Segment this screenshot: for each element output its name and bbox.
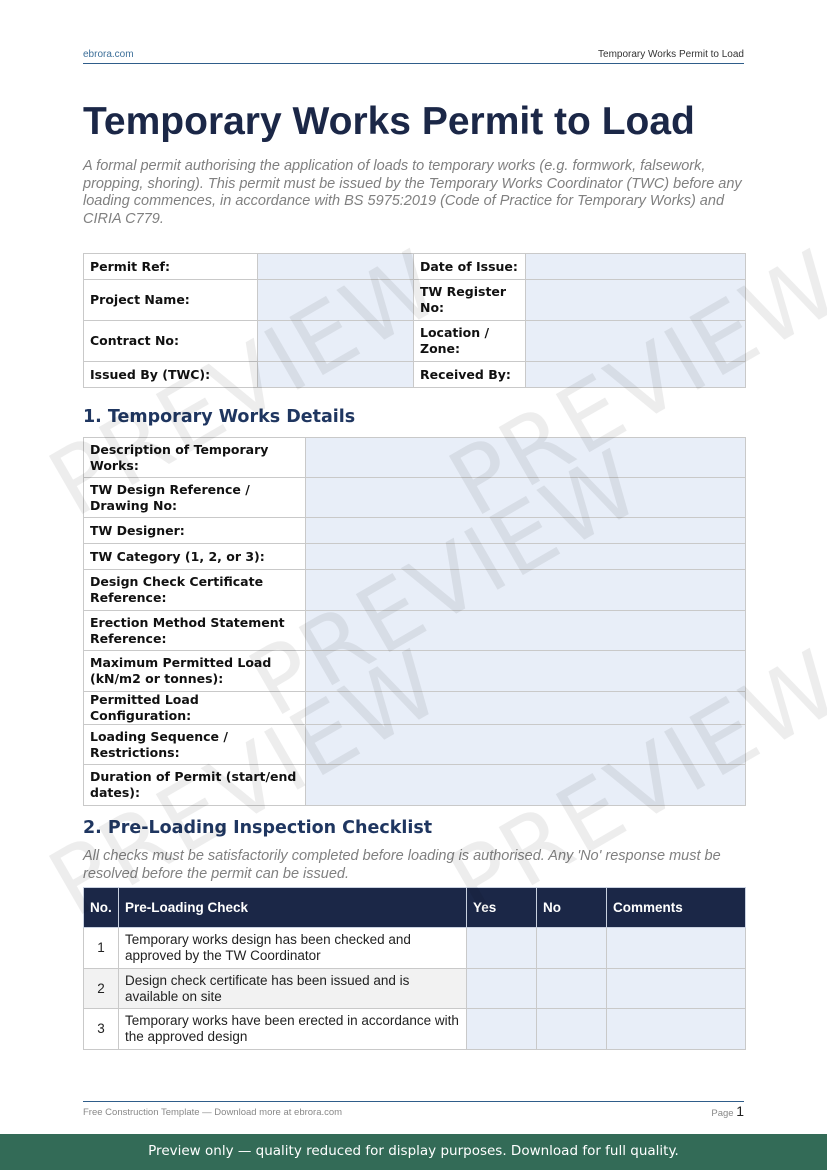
page-indicator: Page 1 bbox=[711, 1103, 744, 1119]
details-row: Maximum Permitted Load (kN/m2 or tonnes)… bbox=[84, 651, 746, 692]
details-label: Permitted Load Configuration: bbox=[84, 692, 306, 725]
tw-register-no-field[interactable] bbox=[526, 280, 746, 321]
column-header-check: Pre-Loading Check bbox=[119, 888, 467, 928]
permit-ref-field[interactable] bbox=[258, 254, 414, 280]
info-label: Project Name: bbox=[84, 280, 258, 321]
details-label: Duration of Permit (start/end dates): bbox=[84, 765, 306, 806]
check-number: 2 bbox=[84, 969, 119, 1009]
details-field[interactable] bbox=[306, 611, 746, 651]
section-heading-temporary-works-details: 1. Temporary Works Details bbox=[83, 407, 355, 427]
no-cell[interactable] bbox=[537, 969, 607, 1009]
info-row: Project Name: TW Register No: bbox=[84, 280, 746, 321]
details-label: TW Category (1, 2, or 3): bbox=[84, 544, 306, 570]
details-field[interactable] bbox=[306, 478, 746, 518]
info-label: Contract No: bbox=[84, 321, 258, 362]
info-label: Date of Issue: bbox=[414, 254, 526, 280]
details-row: TW Designer: bbox=[84, 518, 746, 544]
details-label: Description of Temporary Works: bbox=[84, 438, 306, 478]
details-row: Duration of Permit (start/end dates): bbox=[84, 765, 746, 806]
checklist-row: 3 Temporary works have been erected in a… bbox=[84, 1009, 746, 1050]
no-cell[interactable] bbox=[537, 928, 607, 969]
running-footer: Free Construction Template — Download mo… bbox=[83, 1101, 744, 1122]
info-row: Contract No: Location / Zone: bbox=[84, 321, 746, 362]
no-cell[interactable] bbox=[537, 1009, 607, 1050]
column-header-yes: Yes bbox=[467, 888, 537, 928]
details-label: TW Designer: bbox=[84, 518, 306, 544]
comments-cell[interactable] bbox=[607, 969, 746, 1009]
column-header-no-answer: No bbox=[537, 888, 607, 928]
details-field[interactable] bbox=[306, 518, 746, 544]
checklist-row: 2 Design check certificate has been issu… bbox=[84, 969, 746, 1009]
footer-text: Free Construction Template — Download mo… bbox=[83, 1107, 342, 1118]
date-of-issue-field[interactable] bbox=[526, 254, 746, 280]
info-label: TW Register No: bbox=[414, 280, 526, 321]
preview-banner: Preview only — quality reduced for displ… bbox=[0, 1134, 827, 1170]
details-row: TW Design Reference / Drawing No: bbox=[84, 478, 746, 518]
yes-cell[interactable] bbox=[467, 969, 537, 1009]
section-heading-pre-loading-checklist: 2. Pre-Loading Inspection Checklist bbox=[83, 818, 432, 838]
site-link[interactable]: ebrora.com bbox=[83, 49, 134, 60]
page-title: Temporary Works Permit to Load bbox=[83, 100, 695, 144]
checklist-row: 1 Temporary works design has been checke… bbox=[84, 928, 746, 969]
check-number: 3 bbox=[84, 1009, 119, 1050]
running-header: ebrora.com Temporary Works Permit to Loa… bbox=[83, 48, 744, 64]
received-by-field[interactable] bbox=[526, 362, 746, 388]
info-label: Received By: bbox=[414, 362, 526, 388]
info-label: Issued By (TWC): bbox=[84, 362, 258, 388]
info-label: Permit Ref: bbox=[84, 254, 258, 280]
location-zone-field[interactable] bbox=[526, 321, 746, 362]
issued-by-field[interactable] bbox=[258, 362, 414, 388]
info-label: Location / Zone: bbox=[414, 321, 526, 362]
details-label: TW Design Reference / Drawing No: bbox=[84, 478, 306, 518]
column-header-no: No. bbox=[84, 888, 119, 928]
details-label: Erection Method Statement Reference: bbox=[84, 611, 306, 651]
check-text: Design check certificate has been issued… bbox=[119, 969, 467, 1009]
temporary-works-details-table: Description of Temporary Works: TW Desig… bbox=[83, 437, 746, 806]
details-field[interactable] bbox=[306, 692, 746, 725]
info-row: Permit Ref: Date of Issue: bbox=[84, 254, 746, 280]
details-field[interactable] bbox=[306, 651, 746, 692]
details-field[interactable] bbox=[306, 765, 746, 806]
check-number: 1 bbox=[84, 928, 119, 969]
page-number: 1 bbox=[736, 1103, 744, 1119]
details-label: Maximum Permitted Load (kN/m2 or tonnes)… bbox=[84, 651, 306, 692]
check-text: Temporary works design has been checked … bbox=[119, 928, 467, 969]
page-label: Page bbox=[711, 1108, 733, 1119]
details-row: Description of Temporary Works: bbox=[84, 438, 746, 478]
contract-no-field[interactable] bbox=[258, 321, 414, 362]
header-doc-title: Temporary Works Permit to Load bbox=[598, 49, 744, 60]
details-row: TW Category (1, 2, or 3): bbox=[84, 544, 746, 570]
details-row: Erection Method Statement Reference: bbox=[84, 611, 746, 651]
yes-cell[interactable] bbox=[467, 928, 537, 969]
details-field[interactable] bbox=[306, 725, 746, 765]
details-field[interactable] bbox=[306, 570, 746, 611]
details-label: Design Check Certificate Reference: bbox=[84, 570, 306, 611]
checklist-header-row: No. Pre-Loading Check Yes No Comments bbox=[84, 888, 746, 928]
yes-cell[interactable] bbox=[467, 1009, 537, 1050]
details-label: Loading Sequence / Restrictions: bbox=[84, 725, 306, 765]
details-row: Design Check Certificate Reference: bbox=[84, 570, 746, 611]
comments-cell[interactable] bbox=[607, 1009, 746, 1050]
comments-cell[interactable] bbox=[607, 928, 746, 969]
permit-info-table: Permit Ref: Date of Issue: Project Name:… bbox=[83, 253, 746, 388]
details-field[interactable] bbox=[306, 544, 746, 570]
details-row: Permitted Load Configuration: bbox=[84, 692, 746, 725]
info-row: Issued By (TWC): Received By: bbox=[84, 362, 746, 388]
check-text: Temporary works have been erected in acc… bbox=[119, 1009, 467, 1050]
details-row: Loading Sequence / Restrictions: bbox=[84, 725, 746, 765]
pre-loading-checklist-table: No. Pre-Loading Check Yes No Comments 1 … bbox=[83, 887, 746, 1050]
details-field[interactable] bbox=[306, 438, 746, 478]
intro-text: A formal permit authorising the applicat… bbox=[83, 158, 744, 228]
column-header-comments: Comments bbox=[607, 888, 746, 928]
project-name-field[interactable] bbox=[258, 280, 414, 321]
checklist-note: All checks must be satisfactorily comple… bbox=[83, 847, 744, 883]
